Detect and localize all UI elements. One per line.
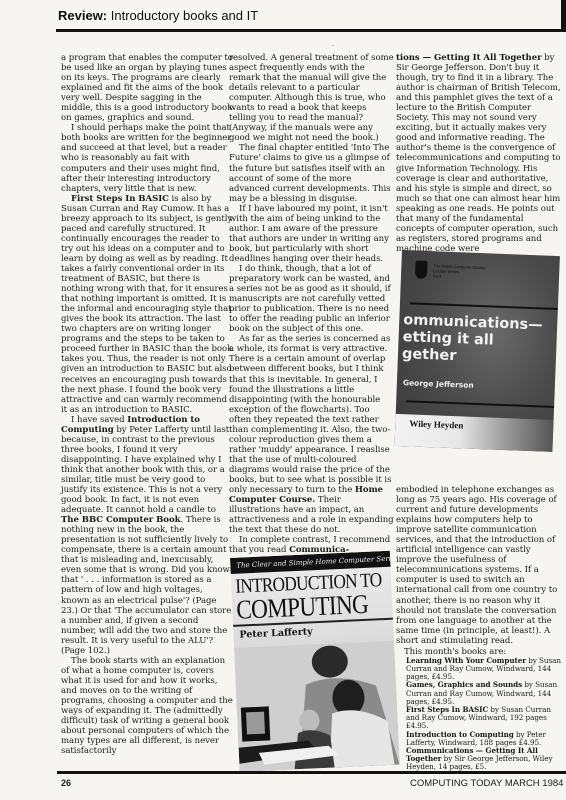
cover-author: George Jefferson xyxy=(403,378,474,390)
publication-footer: COMPUTING TODAY MARCH 1984 xyxy=(410,778,563,789)
paragraph: I do think, though, that a lot of prepar… xyxy=(229,264,394,334)
book-entry: Communications — Getting It All Together… xyxy=(406,747,562,772)
page-number: 26 xyxy=(61,778,71,788)
book-entry: First Steps In BASIC by Susan Curran and… xyxy=(406,706,562,731)
paragraph: a program that enables the computer to b… xyxy=(61,53,233,123)
cover-series: The British Computer Society Lecture Ser… xyxy=(433,263,486,280)
book-title: First Steps In BASIC xyxy=(71,194,169,204)
section-label: Review: xyxy=(58,8,107,23)
paragraph: tions — Getting It All Together by Sir G… xyxy=(396,53,562,254)
book-entry: Games, Graphics and Sounds by Susan Curr… xyxy=(406,681,562,706)
paragraph: resolved. A general treatment of some as… xyxy=(229,53,394,143)
header-rule xyxy=(56,29,566,32)
page-header: Review: Introductory books and IT xyxy=(58,8,258,23)
paragraph: The book starts with an explanation of w… xyxy=(61,656,233,756)
book-title: The BBC Computer Book xyxy=(61,515,180,525)
cover-publisher: Wiley Heyden xyxy=(409,418,463,430)
book-title: tions — Getting It All Together xyxy=(396,53,542,63)
column-2: resolved. A general treatment of some as… xyxy=(229,53,394,555)
bcs-crest-icon xyxy=(415,261,428,279)
cover-rule xyxy=(406,400,554,408)
paragraph: The final chapter entitled 'Into The Fut… xyxy=(229,143,394,203)
magazine-page: Review: Introductory books and IT · a pr… xyxy=(0,0,566,800)
paragraph: If I have laboured my point, it isn't wi… xyxy=(229,204,394,264)
paragraph: I should perhaps make the point that bot… xyxy=(61,123,233,193)
cover-rule xyxy=(410,302,558,310)
column-3-bottom: embodied in telephone exchanges as long … xyxy=(396,485,562,772)
paragraph: I have saved Introduction to Computing b… xyxy=(61,415,233,656)
article-title: Introductory books and IT xyxy=(111,8,258,23)
cover-publisher-strip: Wiley Heyden xyxy=(394,414,553,452)
cover-photo-family-at-computer xyxy=(234,641,399,772)
cover-title: INTRODUCTION TO COMPUTING xyxy=(235,571,383,623)
cover-title: ommunications— etting it all gether xyxy=(402,312,543,368)
print-speck: · xyxy=(332,43,334,50)
paragraph: As far as the series is concerned as a w… xyxy=(229,334,394,535)
book-entry: Learning With Your Computer by Susan Cur… xyxy=(406,657,562,682)
footer-rule xyxy=(57,771,566,774)
paragraph: embodied in telephone exchanges as long … xyxy=(396,485,562,646)
cover-author: Peter Lafferty xyxy=(239,626,313,640)
books-list: This month's books are: Learning With Yo… xyxy=(406,647,562,772)
column-1: a program that enables the computer to b… xyxy=(61,53,233,756)
page-edge-bar xyxy=(561,0,566,32)
book-cover-introduction-to-computing: The Clear and Simple Home Computer Serie… xyxy=(230,551,400,772)
paragraph: First Steps In BASIC is also by Susan Cu… xyxy=(61,194,233,415)
column-3-top: tions — Getting It All Together by Sir G… xyxy=(396,53,562,254)
book-cover-communications: The British Computer Society Lecture Ser… xyxy=(394,250,559,452)
book-entry: Introduction to Computing by Peter Laffe… xyxy=(406,731,562,747)
